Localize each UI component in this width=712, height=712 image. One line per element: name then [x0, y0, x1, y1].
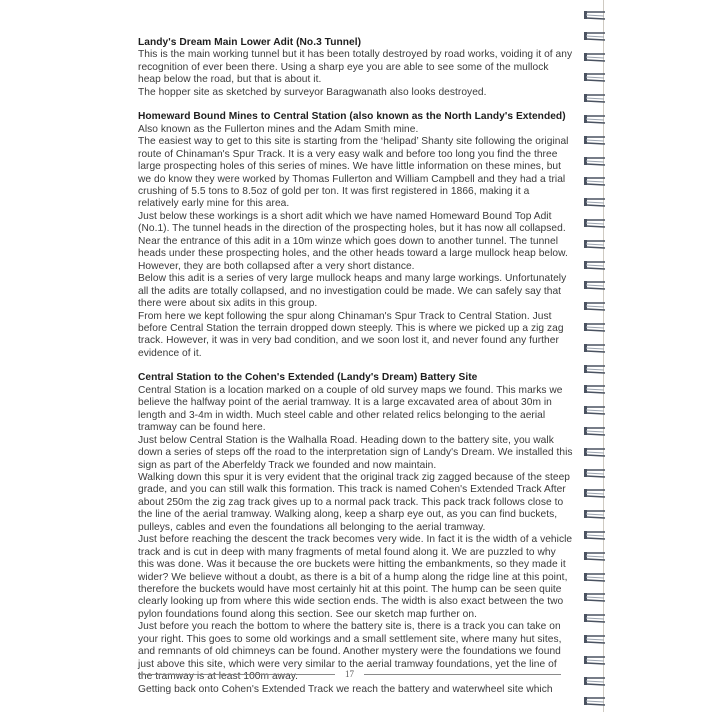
section-homeward-bound-mines: Homeward Bound Mines to Central Station …	[138, 111, 583, 360]
text-line: The hopper site as sketched by surveyor …	[138, 87, 583, 99]
coil-icon	[583, 528, 605, 538]
coil-icon	[583, 174, 605, 184]
coil-icon	[583, 216, 605, 226]
text-line: From here we kept following the spur alo…	[138, 311, 583, 323]
page-number: 17	[335, 669, 364, 679]
coil-icon	[583, 195, 605, 205]
spiral-binding-icon	[583, 8, 613, 712]
text-line: believe the halfway point of the aerial …	[138, 397, 583, 409]
coil-icon	[583, 549, 605, 559]
text-line: tramway can be found here.	[138, 422, 583, 434]
text-line: length and 3-4m in width. Much steel cab…	[138, 410, 583, 422]
coil-icon	[583, 590, 605, 600]
coil-icon	[583, 91, 605, 101]
text-line: Walking down this spur it is very eviden…	[138, 472, 583, 484]
footer-rule-left	[138, 674, 335, 675]
notebook-page: Landy's Dream Main Lower Adit (No.3 Tunn…	[0, 0, 712, 712]
text-line: therefore the buckets would have most ce…	[138, 584, 583, 596]
text-line: we do know they were worked by Thomas Fu…	[138, 174, 583, 186]
coil-icon	[583, 570, 605, 580]
text-line: down a series of steps off the road to t…	[138, 447, 583, 459]
text-line: pulleys, cables and even the foundations…	[138, 522, 583, 534]
section-body: Central Station is a location marked on …	[138, 385, 583, 696]
text-line: Just below Central Station is the Walhal…	[138, 435, 583, 447]
coil-icon	[583, 424, 605, 434]
coil-icon	[583, 486, 605, 496]
coil-icon	[583, 674, 605, 684]
text-line: heap below the road, but that is about i…	[138, 74, 583, 86]
text-line: relatively early mine for this area.	[138, 198, 583, 210]
coil-icon	[583, 507, 605, 517]
coil-icon	[583, 299, 605, 309]
coil-icon	[583, 632, 605, 642]
coil-icon	[583, 50, 605, 60]
section-body: Also known as the Fullerton mines and th…	[138, 124, 583, 361]
text-line: before Central Station the terrain dropp…	[138, 323, 583, 335]
text-line: route of Chinaman's Spur Track. It is a …	[138, 149, 583, 161]
coil-icon	[583, 611, 605, 621]
coil-icon	[583, 320, 605, 330]
text-line: pylon foundations found along this secti…	[138, 609, 583, 621]
text-line: (No.1). The tunnel heads in the directio…	[138, 223, 583, 235]
page-body: Landy's Dream Main Lower Adit (No.3 Tunn…	[138, 37, 583, 696]
text-line: track. However, it was in very bad condi…	[138, 335, 583, 347]
coil-icon	[583, 653, 605, 663]
text-line: Central Station is a location marked on …	[138, 385, 583, 397]
text-line: about 250m the zig zag track gives up to…	[138, 497, 583, 509]
page-footer: 17	[138, 669, 561, 679]
text-line: Just before reaching the descent the tra…	[138, 534, 583, 546]
section-heading: Central Station to the Cohen's Extended …	[138, 372, 583, 384]
coil-icon	[583, 278, 605, 288]
text-line: evidence of it.	[138, 348, 583, 360]
text-line: However, they are both collapsed after a…	[138, 261, 583, 273]
text-line: crushing of 5.5 tons to 8.5oz of gold pe…	[138, 186, 583, 198]
text-line: large prospecting holes of this series o…	[138, 161, 583, 173]
text-line: Below this adit is a series of very larg…	[138, 273, 583, 285]
text-line: Just below these workings is a short adi…	[138, 211, 583, 223]
text-line: Also known as the Fullerton mines and th…	[138, 124, 583, 136]
section-body: This is the main working tunnel but it h…	[138, 49, 583, 99]
text-line: heads under these prospecting holes, and…	[138, 248, 583, 260]
section-landys-dream-lower-adit: Landy's Dream Main Lower Adit (No.3 Tunn…	[138, 37, 583, 99]
text-line: and remnants of old chimneys can be foun…	[138, 646, 583, 658]
section-heading: Homeward Bound Mines to Central Station …	[138, 111, 583, 123]
coil-icon	[583, 237, 605, 247]
coil-icon	[583, 8, 605, 18]
text-line: Just before you reach the bottom to wher…	[138, 621, 583, 633]
section-central-station-battery: Central Station to the Cohen's Extended …	[138, 372, 583, 696]
coil-icon	[583, 29, 605, 39]
coil-icon	[583, 403, 605, 413]
coil-icon	[583, 466, 605, 476]
text-line: The easiest way to get to this site is s…	[138, 136, 583, 148]
text-line: Near the entrance of this adit in a 10m …	[138, 236, 583, 248]
text-line: grade, and you can still walk this forma…	[138, 484, 583, 496]
coil-icon	[583, 445, 605, 455]
coil-icon	[583, 362, 605, 372]
text-line: all the adits are totally collapsed, and…	[138, 286, 583, 298]
footer-rule-right	[364, 674, 561, 675]
coil-icon	[583, 154, 605, 164]
text-line: Getting back onto Cohen's Extended Track…	[138, 684, 583, 696]
coil-icon	[583, 133, 605, 143]
text-line: This is the main working tunnel but it h…	[138, 49, 583, 61]
text-line: this was done. Was it because the ore bu…	[138, 559, 583, 571]
text-line: clearly looking up from where this wide …	[138, 596, 583, 608]
text-line: sign as part of the Aberfeldy Track we f…	[138, 460, 583, 472]
text-line: there were about six adits in this group…	[138, 298, 583, 310]
coil-icon	[583, 694, 605, 704]
text-line: the line of the aerial tramway. Walking …	[138, 509, 583, 521]
text-line: wider? We believe without a doubt, as th…	[138, 572, 583, 584]
coil-icon	[583, 341, 605, 351]
text-line: recognition of ever been there. Using a …	[138, 62, 583, 74]
coil-icon	[583, 70, 605, 80]
coil-icon	[583, 258, 605, 268]
coil-icon	[583, 112, 605, 122]
text-line: track and is cut in deep with many fragm…	[138, 547, 583, 559]
section-heading: Landy's Dream Main Lower Adit (No.3 Tunn…	[138, 37, 583, 49]
text-line: your right. This goes to some old workin…	[138, 634, 583, 646]
coil-icon	[583, 382, 605, 392]
